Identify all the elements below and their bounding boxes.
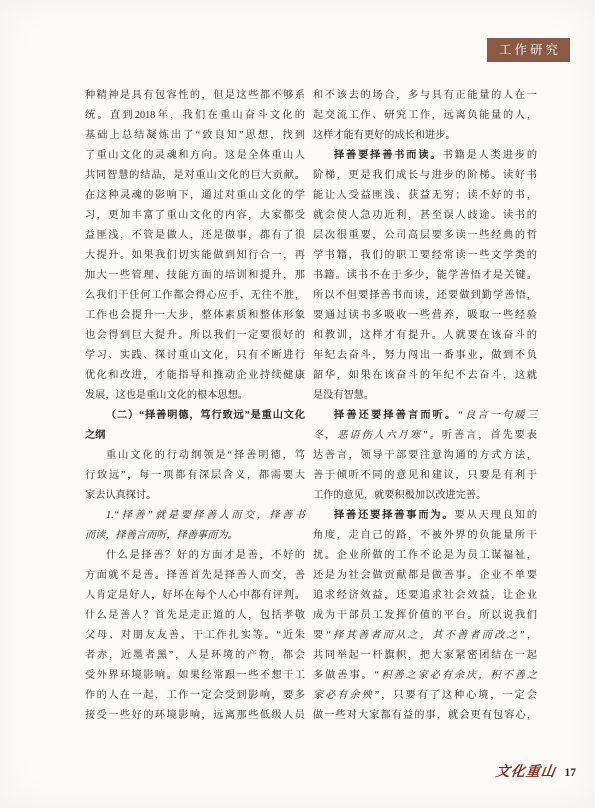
text-segment: 要 bbox=[313, 630, 325, 641]
text-line: 共同智慧的结晶，是对重山文化的巨大贡献。 bbox=[85, 166, 305, 186]
text-line: 层次很重要，公司高层要多读一些经典的哲 bbox=[313, 226, 537, 246]
text-line: 基础上总结凝炼出了“致良知”思想，找到 bbox=[85, 126, 305, 146]
text-line: 作的人在一起，工作一定会受到影响，要多 bbox=[85, 686, 305, 706]
text-line: 发展，这也是重山文化的根本思想。 bbox=[85, 386, 305, 406]
text-line: 起交流工作、研究工作，远离负能量的人， bbox=[313, 106, 537, 126]
text-segment: 家必有余殃” bbox=[313, 690, 379, 701]
text-line: 益匪浅，不管是做人，还是做事，都有了很 bbox=[85, 226, 305, 246]
text-line: 共同举起一杆旗帜，把大家紧密团结在一起 bbox=[313, 646, 537, 666]
page-number: 17 bbox=[565, 767, 577, 779]
text-line: 追求经济效益，还要追求社会效益，让企业 bbox=[313, 586, 537, 606]
text-line: （二）“择善明德，笃行致远”是重山文化 bbox=[85, 406, 305, 426]
text-line: 是没有智慧。 bbox=[313, 386, 537, 406]
text-line: 做一些对大家都有益的事，就会更有包容心， bbox=[313, 706, 537, 726]
journal-logo: 文化重山 bbox=[494, 761, 557, 781]
text-line: 接受一些好的环境影响，远离那些低级人员 bbox=[85, 706, 305, 726]
text-segment: 听善言，首先要表 bbox=[442, 430, 537, 441]
text-segment: “择其善者而从之，其不善者而改之” bbox=[325, 630, 524, 641]
text-line: 阶梯，更是我们成长与进步的阶梯。读好书 bbox=[313, 166, 537, 186]
text-line: 优化和改进，才能指导和推动企业持续健康 bbox=[85, 366, 305, 386]
text-line: 人肯定是好人，好坏在每个人心中都有评判。 bbox=[85, 586, 305, 606]
text-line: 能让人受益匪浅、获益无穷；读不好的书， bbox=[313, 186, 537, 206]
text-line: 所以不但要择善书而读，还要做到勤学善悟， bbox=[313, 286, 537, 306]
text-line: 多做善事。“积善之家必有余庆，积不善之 bbox=[313, 666, 537, 686]
text-line: 1.“择善”就是要择善人而交，择善书 bbox=[85, 506, 305, 526]
text-line: 这样才能有更好的成长和进步。 bbox=[313, 126, 537, 146]
text-segment: “积善之家必有余庆，积不善之 bbox=[374, 670, 537, 681]
text-line: 大提升。如果我们切实能做到知行合一，再 bbox=[85, 246, 305, 266]
text-line: 成为干部员工发挥价值的平台。所以说我们 bbox=[313, 606, 537, 626]
text-line: 扰。企业所做的工作不论是为员工谋福祉， bbox=[313, 546, 537, 566]
text-line: 要通过读书多吸收一些营养，吸取一些经验 bbox=[313, 306, 537, 326]
text-line: 加大一些管理、技能方面的培训和提升，那 bbox=[85, 266, 305, 286]
text-line: 要“择其善者而从之，其不善者而改之”， bbox=[313, 626, 537, 646]
text-line: 者赤，近墨者黑”，人是环境的产物，都会 bbox=[85, 646, 305, 666]
text-line: 之纲 bbox=[85, 426, 305, 446]
text-segment: ， bbox=[525, 630, 537, 641]
text-line: 冬，恶语伤人六月寒”。听善言，首先要表 bbox=[313, 426, 537, 446]
text-line: 什么是择善？好的方面才是善，不好的 bbox=[85, 546, 305, 566]
text-line: 受外界环境影响。如果经常跟一些不想干工 bbox=[85, 666, 305, 686]
text-line: 择善还要择善言而听。“良言一句暖三 bbox=[313, 406, 537, 426]
text-line: 在这种灵魂的影响下，通过对重山文化的学 bbox=[85, 186, 305, 206]
text-line: 就会使人急功近利，甚至误人歧途。读书的 bbox=[313, 206, 537, 226]
text-line: 书籍。读书不在于多少，能学善悟才是关键。 bbox=[313, 266, 537, 286]
text-line: 种精神是具有包容性的，但是这些都不够系 bbox=[85, 86, 305, 106]
text-line: 学书籍，我们的职工要经常读一些文学类的 bbox=[313, 246, 537, 266]
page-footer: 文化重山 17 bbox=[496, 761, 577, 781]
text-line: 韶华，如果在该奋斗的年纪不去奋斗，这就 bbox=[313, 366, 537, 386]
right-column: 和不该去的场合，多与具有正能量的人在一起交流工作、研究工作，远离负能量的人，这样… bbox=[313, 86, 537, 726]
text-line: 工作也会提升一大步，整体素质和整体形象 bbox=[85, 306, 305, 326]
text-segment: 书籍是人类进步的 bbox=[442, 150, 537, 161]
text-line: 重山文化的行动纲领是“择善明德，笃 bbox=[85, 446, 305, 466]
section-badge: 工作研究 bbox=[487, 38, 570, 62]
text-line: 达善言，领导干部要注意沟通的方式方法， bbox=[313, 446, 537, 466]
text-line: 统。直到2018年，我们在重山奋斗文化的 bbox=[85, 106, 305, 126]
text-line: 和不该去的场合，多与具有正能量的人在一 bbox=[313, 86, 537, 106]
text-line: 父母、对朋友友善、干工作扎实等。“近朱 bbox=[85, 626, 305, 646]
text-line: 年纪去奋斗，努力闯出一番事业，做到不负 bbox=[313, 346, 537, 366]
text-line: 什么是善人？首先是走正道的人，包括孝敬 bbox=[85, 606, 305, 626]
text-line: 而读，择善言而听，择善事而为。 bbox=[85, 526, 305, 546]
text-segment: 择善还要择善事而为。 bbox=[334, 510, 455, 521]
text-line: 家去认真探讨。 bbox=[85, 486, 305, 506]
text-segment: 择善要择善书而读。 bbox=[334, 150, 442, 161]
text-line: 工作的意见，就要积极加以改进完善。 bbox=[313, 486, 537, 506]
text-line: 方面就不是善。择善首先是择善人而交，善 bbox=[85, 566, 305, 586]
text-line: 学习、实践、探讨重山文化，只有不断进行 bbox=[85, 346, 305, 366]
text-segment: ，只要有了这种心境，一定会 bbox=[379, 690, 537, 701]
text-line: 习，更加丰富了重山文化的内容，大家都受 bbox=[85, 206, 305, 226]
text-line: 了重山文化的灵魂和方向。这是全体重山人 bbox=[85, 146, 305, 166]
text-segment: 要从天理良知的 bbox=[455, 510, 538, 521]
text-line: 么我们干任何工作都会得心应手、无往不胜， bbox=[85, 286, 305, 306]
page: 工作研究 种精神是具有包容性的，但是这些都不够系统。直到2018年，我们在重山奋… bbox=[0, 0, 595, 808]
text-line: 角度，走自己的路，不被外界的负能量所干 bbox=[313, 526, 537, 546]
text-line: 择善还要择善事而为。要从天理良知的 bbox=[313, 506, 537, 526]
text-segment: 冬，恶语伤人六月寒”。 bbox=[313, 430, 442, 441]
text-line: 行致远”，每一项都有深层含义，都需要大 bbox=[85, 466, 305, 486]
left-column: 种精神是具有包容性的，但是这些都不够系统。直到2018年，我们在重山奋斗文化的基… bbox=[85, 86, 305, 726]
text-line: 善于倾听不同的意见和建议，只要是有利于 bbox=[313, 466, 537, 486]
text-line: 择善要择善书而读。书籍是人类进步的 bbox=[313, 146, 537, 166]
text-segment: “良言一句暖三 bbox=[457, 410, 537, 421]
text-segment: 择善还要择善言而听。 bbox=[334, 410, 457, 421]
text-line: 家必有余殃”，只要有了这种心境，一定会 bbox=[313, 686, 537, 706]
text-line: 和教训，这样才有提升。人就要在该奋斗的 bbox=[313, 326, 537, 346]
text-line: 还是为社会做贡献都是做善事。企业不单要 bbox=[313, 566, 537, 586]
text-segment: 多做善事。 bbox=[313, 670, 374, 681]
text-line: 也会得到巨大提升。所以我们一定要很好的 bbox=[85, 326, 305, 346]
